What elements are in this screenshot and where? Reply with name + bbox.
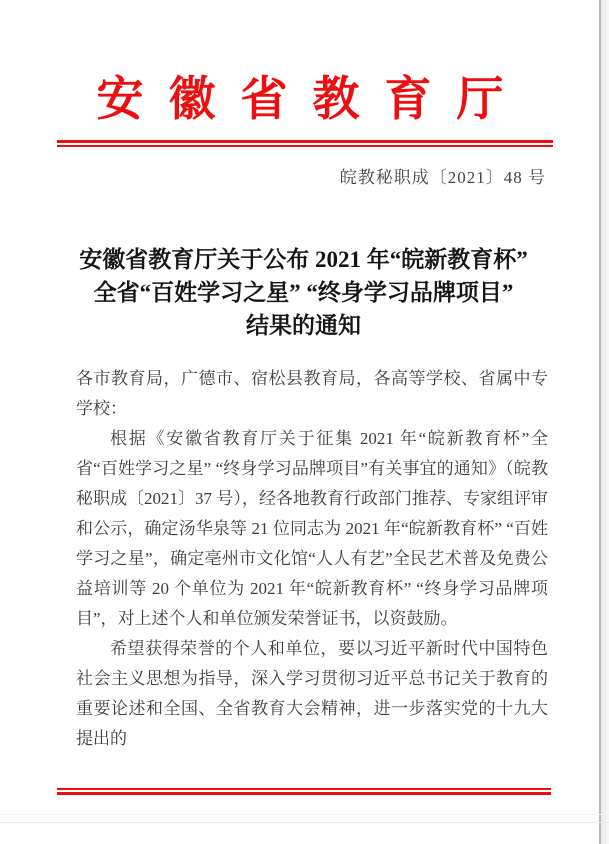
doc-reference-number: 皖教秘职成〔2021〕48 号 [0,163,546,188]
page-bottom-edge [0,814,609,815]
notice-title-line-2: 全省“百姓学习之星” “终身学习品牌项目” [55,276,552,309]
document-page: 安徽省教育厅 皖教秘职成〔2021〕48 号 安徽省教育厅关于公布 2021 年… [0,0,600,844]
notice-body: 各市教育局，广德市、宿松县教育局，各高等学校、省属中专学校： 根据《安徽省教育厅… [76,364,548,754]
notice-title-line-1: 安徽省教育厅关于公布 2021 年“皖新教育杯” [55,243,552,276]
notice-title: 安徽省教育厅关于公布 2021 年“皖新教育杯” 全省“百姓学习之星” “终身学… [55,243,552,342]
document-viewport: 安徽省教育厅 皖教秘职成〔2021〕48 号 安徽省教育厅关于公布 2021 年… [0,0,609,844]
body-paragraph-1: 根据《安徽省教育厅关于征集 2021 年“皖新教育杯”全省“百姓学习之星” “终… [76,424,548,634]
body-paragraph-2: 希望获得荣誉的个人和单位，要以习近平新时代中国特色社会主义思想为指导，深入学习贯… [76,634,548,754]
salutation: 各市教育局，广德市、宿松县教育局，各高等学校、省属中专学校： [76,364,548,424]
footer-double-rule [57,788,551,795]
notice-title-line-3: 结果的通知 [55,309,552,342]
page-right-edge-shadow [601,0,609,844]
footer-rule-thick-line [57,792,551,795]
header-double-rule [57,140,553,147]
page-bottom-edge-shadow [0,822,609,823]
agency-name: 安徽省教育厅 [0,70,600,130]
header-rule-thin-line [57,145,553,147]
